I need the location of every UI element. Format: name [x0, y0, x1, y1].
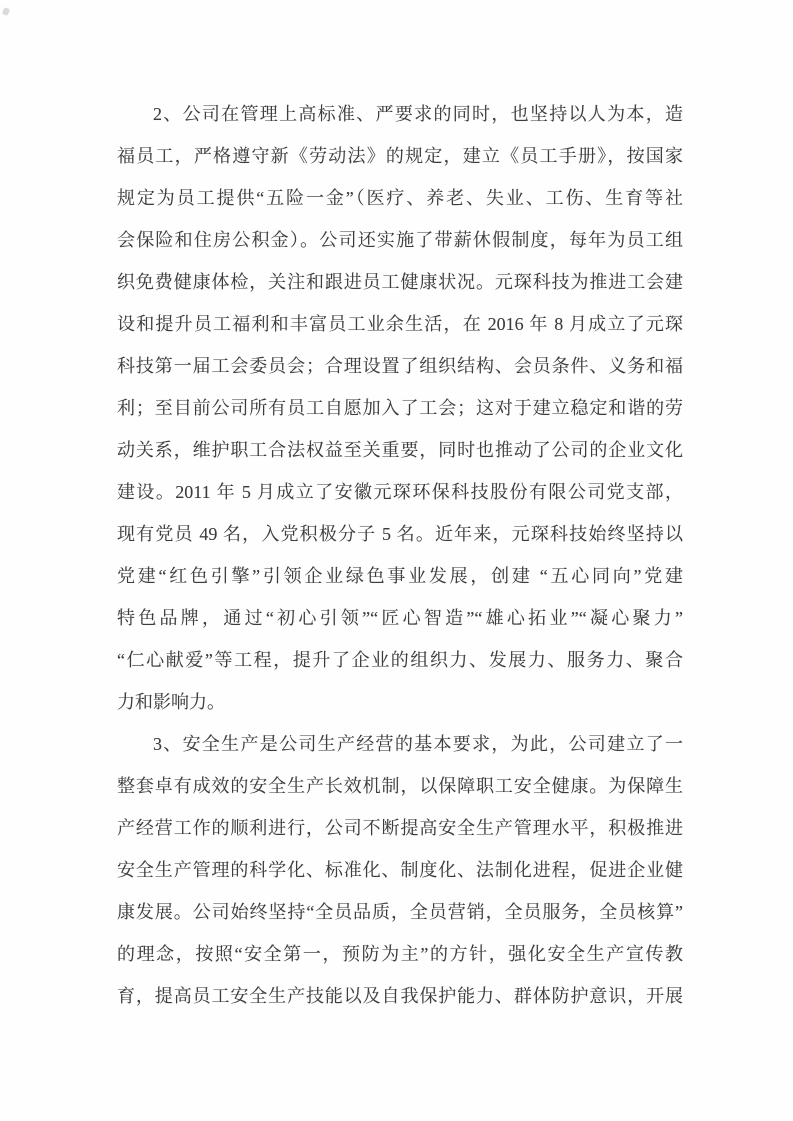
text-line: 设和提升员工福利和丰富员工业余生活，在 2016 年 8 月成立了元琛	[117, 303, 683, 345]
text-line: 规定为员工提供“五险一金”（医疗、养老、失业、工伤、生育等社	[117, 177, 683, 219]
text-line: 安全生产管理的科学化、标准化、制度化、法制化进程，促进企业健	[117, 849, 683, 891]
text-line: 产经营工作的顺利进行，公司不断提高安全生产管理水平，积极推进	[117, 807, 683, 849]
scanned-document-page: 2、公司在管理上高标准、严要求的同时，也坚持以人为本，造 福员工，严格遵守新《劳…	[0, 0, 793, 1121]
text-line: 特色品牌，通过“初心引领”“匠心智造”“雄心拓业”“凝心聚力”	[117, 597, 683, 639]
scan-artifact-speck	[2, 7, 10, 16]
text-line: 会保险和住房公积金）。公司还实施了带薪休假制度，每年为员工组	[117, 219, 683, 261]
text-line: 3、安全生产是公司生产经营的基本要求，为此，公司建立了一	[117, 723, 683, 765]
text-line: 福员工，严格遵守新《劳动法》的规定，建立《员工手册》，按国家	[117, 135, 683, 177]
text-line: 整套卓有成效的安全生产长效机制，以保障职工安全健康。为保障生	[117, 765, 683, 807]
text-line: 康发展。公司始终坚持“全员品质，全员营销，全员服务，全员核算”	[117, 891, 683, 933]
document-body: 2、公司在管理上高标准、严要求的同时，也坚持以人为本，造 福员工，严格遵守新《劳…	[117, 93, 683, 1017]
text-line: 动关系，维护职工合法权益至关重要，同时也推动了公司的企业文化	[117, 429, 683, 471]
text-line: 党建“红色引擎”引领企业绿色事业发展，创建 “五心同向”党建	[117, 555, 683, 597]
text-line: “仁心献爱”等工程，提升了企业的组织力、发展力、服务力、聚合	[117, 639, 683, 681]
text-line: 现有党员 49 名，入党积极分子 5 名。近年来，元琛科技始终坚持以	[117, 513, 683, 555]
text-line: 2、公司在管理上高标准、严要求的同时，也坚持以人为本，造	[117, 93, 683, 135]
text-line: 建设。2011 年 5 月成立了安徽元琛环保科技股份有限公司党支部，	[117, 471, 683, 513]
text-line: 织免费健康体检，关注和跟进员工健康状况。元琛科技为推进工会建	[117, 261, 683, 303]
text-line: 的理念，按照“安全第一，预防为主”的方针，强化安全生产宣传教	[117, 933, 683, 975]
text-line: 利；至目前公司所有员工自愿加入了工会；这对于建立稳定和谐的劳	[117, 387, 683, 429]
text-line: 力和影响力。	[117, 681, 683, 723]
text-line: 育，提高员工安全生产技能以及自我保护能力、群体防护意识，开展	[117, 975, 683, 1017]
text-line: 科技第一届工会委员会；合理设置了组织结构、会员条件、义务和福	[117, 345, 683, 387]
